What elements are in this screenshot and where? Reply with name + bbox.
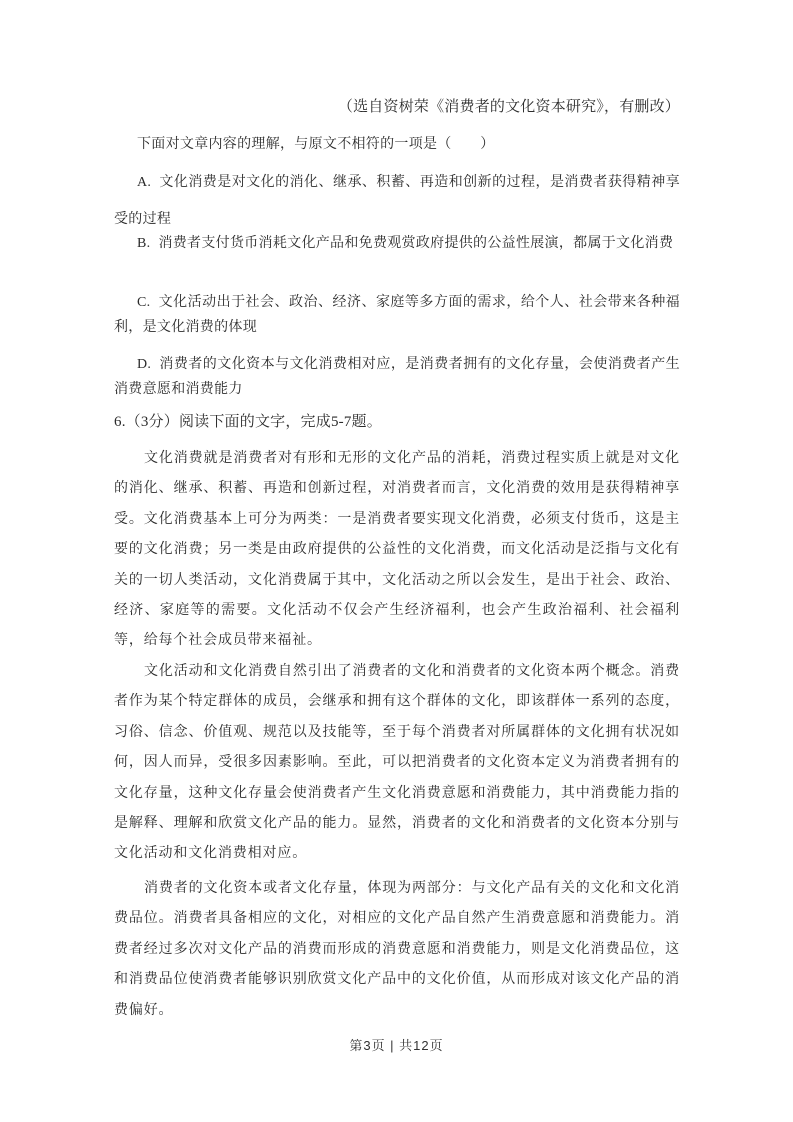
option-a-text: 文化消费是对文化的消化、继承、积蓄、再造和创新的过程，是消费者获得精神享受的过程 [114, 175, 680, 227]
option-a-label: A. [137, 175, 151, 190]
option-d: D.消费者的文化资本与文化消费相对应，是消费者拥有的文化存量，会使消费者产生消费… [114, 352, 680, 402]
page-footer: 第3页 | 共12页 [0, 1036, 793, 1056]
option-a: A.文化消费是对文化的消化、继承、积蓄、再造和创新的过程，是消费者获得精神享受的… [114, 164, 680, 238]
passage-paragraph-1: 文化消费就是消费者对有形和无形的文化产品的消耗，消费过程实质上就是对文化的消化、… [114, 444, 680, 657]
question5-stem: 下面对文章内容的理解，与原文不相符的一项是（ ） [114, 134, 680, 156]
option-d-label: D. [137, 357, 151, 372]
option-c-label: C. [137, 295, 150, 310]
option-c: C.文化活动出于社会、政治、经济、家庭等多方面的需求，给个人、社会带来各种福利，… [114, 290, 680, 340]
option-b-label: B. [137, 236, 150, 251]
passage-paragraph-2: 文化活动和文化消费自然引出了消费者的文化和消费者的文化资本两个概念。消费者作为某… [114, 657, 680, 870]
question6-heading: 6.（3分）阅读下面的文字，完成5-7题。 [114, 411, 680, 433]
option-b: B.消费者支付货币消耗文化产品和免费观赏政府提供的公益性展演，都属于文化消费 [114, 233, 680, 255]
option-d-text: 消费者的文化资本与文化消费相对应，是消费者拥有的文化存量，会使消费者产生消费意愿… [114, 357, 680, 397]
passage-paragraph-3: 消费者的文化资本或者文化存量，体现为两部分：与文化产品有关的文化和文化消费品位。… [114, 874, 680, 1026]
option-c-text: 文化活动出于社会、政治、经济、家庭等多方面的需求，给个人、社会带来各种福利，是文… [114, 295, 680, 335]
source-attribution: （选自资树荣《消费者的文化资本研究》，有删改） [114, 96, 680, 118]
option-b-text: 消费者支付货币消耗文化产品和免费观赏政府提供的公益性展演，都属于文化消费 [158, 236, 673, 251]
exam-paper-page: （选自资树荣《消费者的文化资本研究》，有删改） 下面对文章内容的理解，与原文不相… [0, 0, 793, 1122]
